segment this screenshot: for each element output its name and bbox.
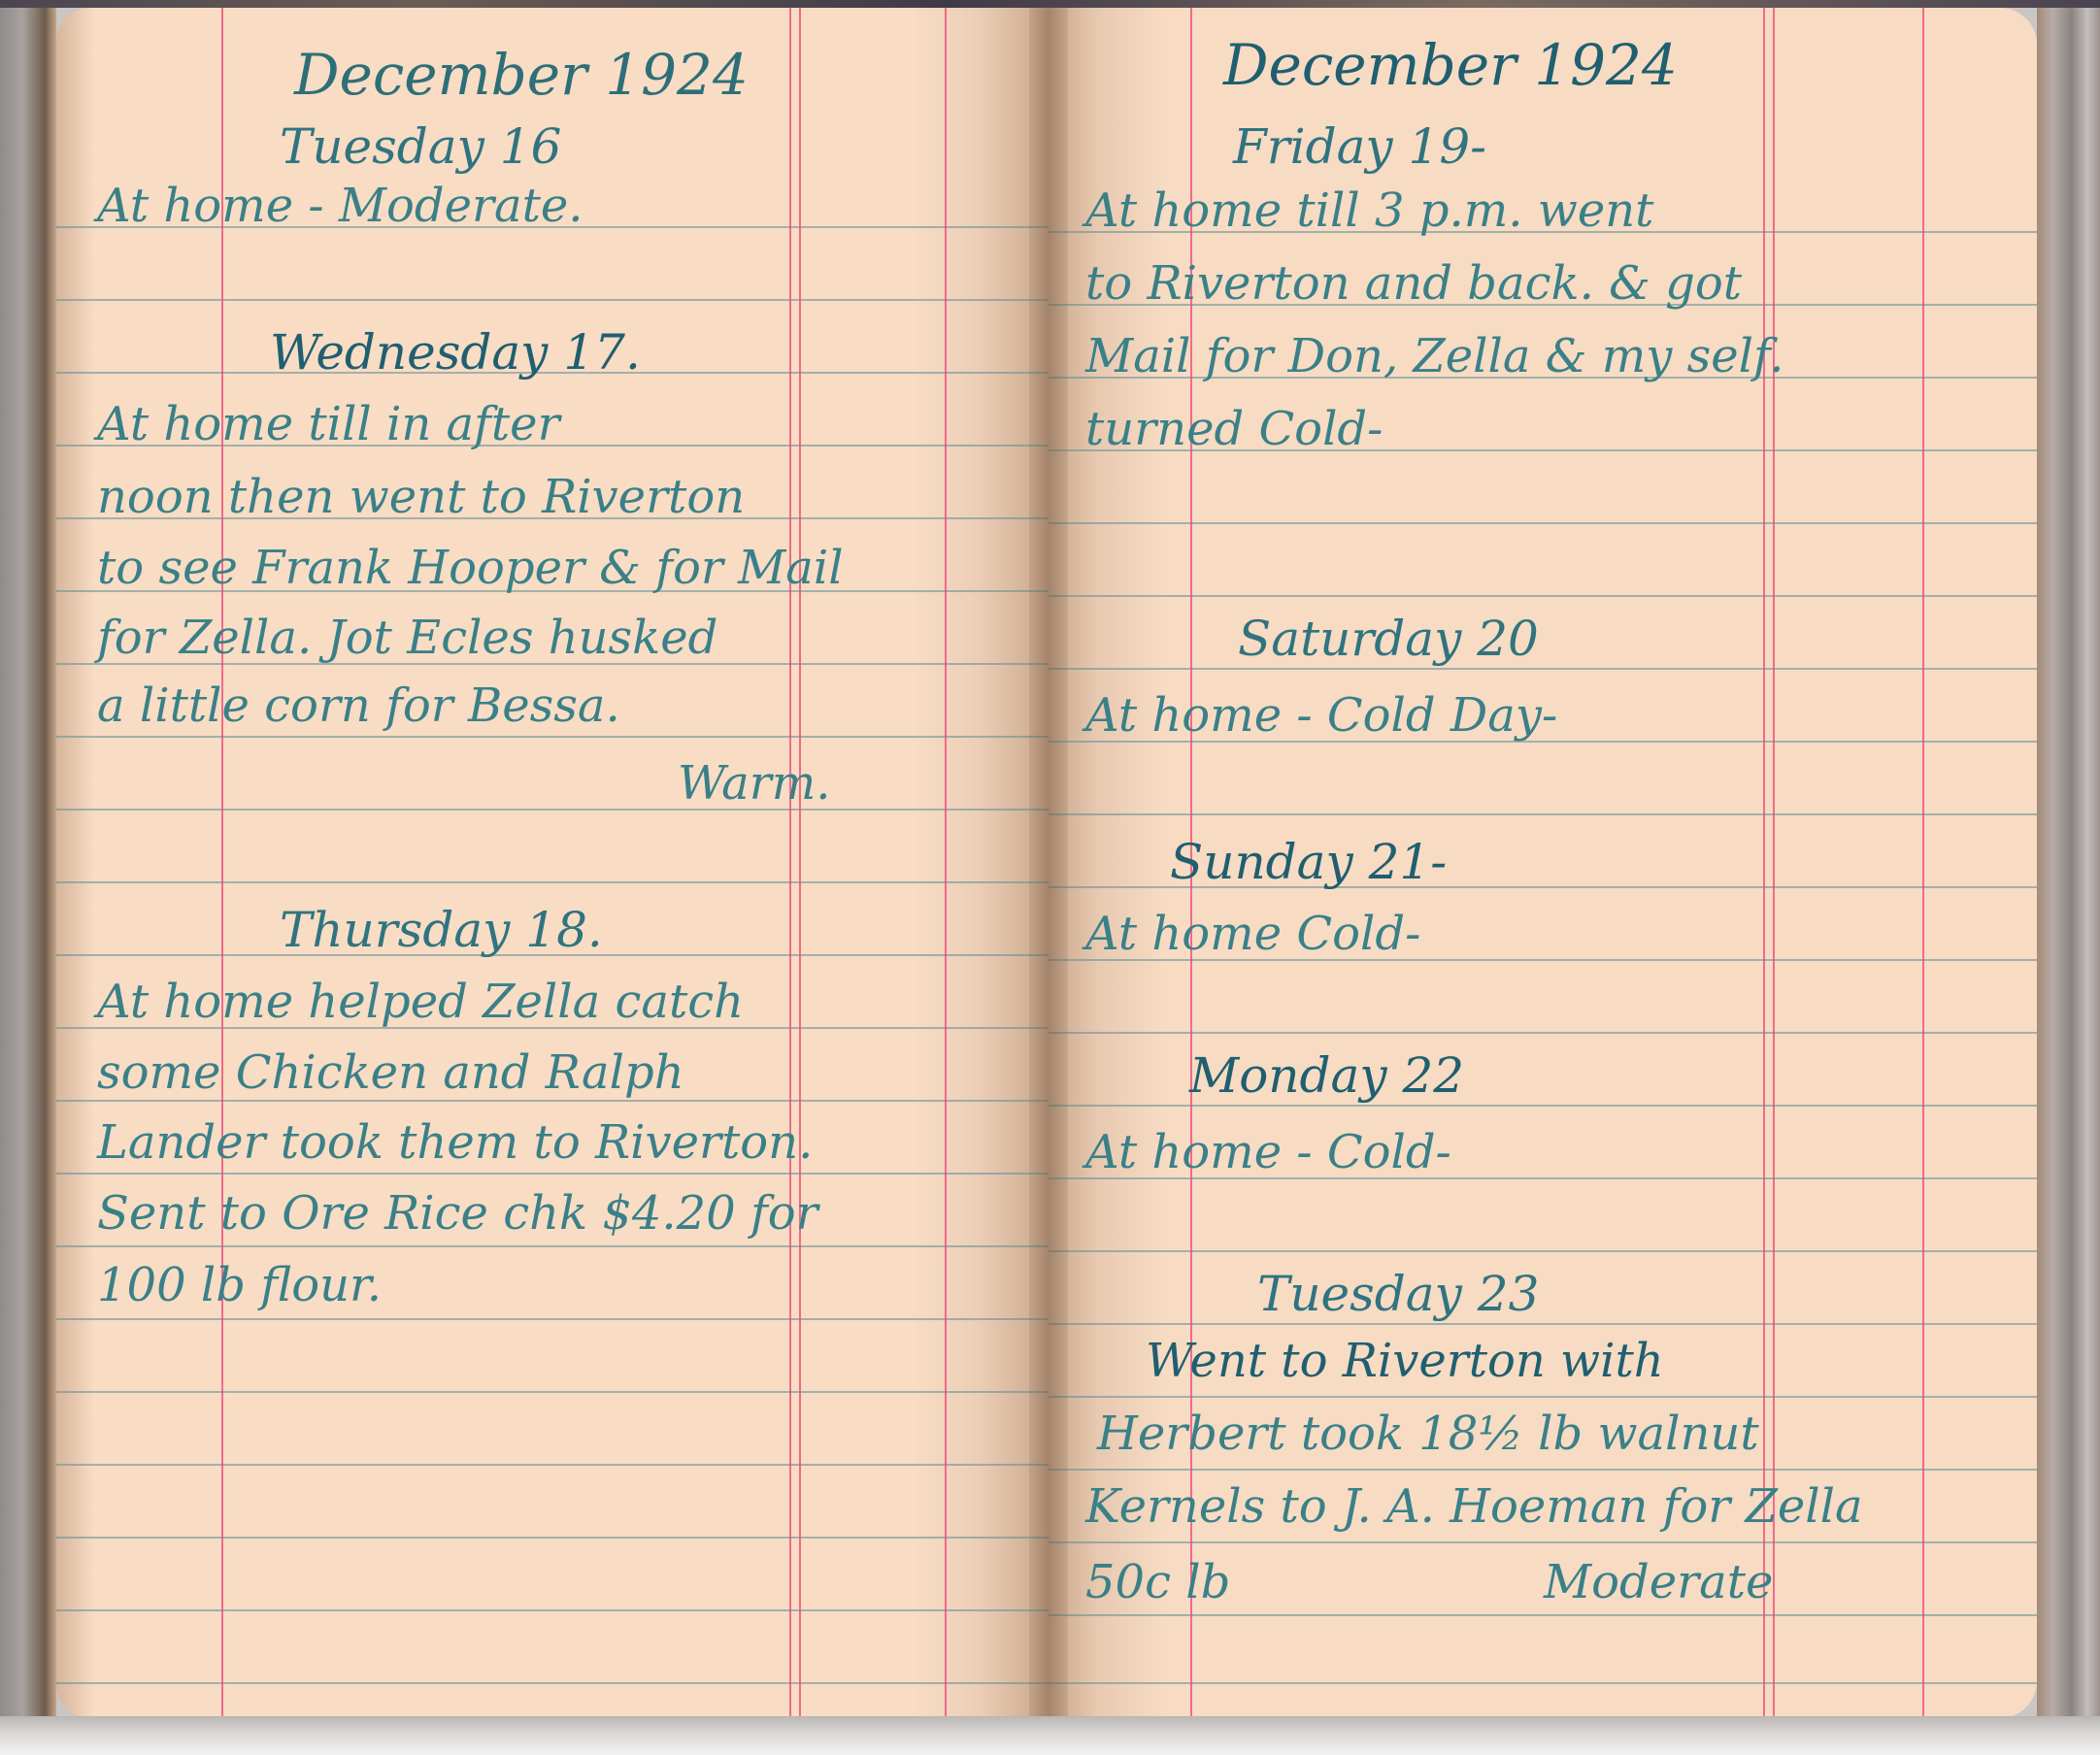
entry-day: Wednesday 17. [270,328,641,377]
entry-day: Thursday 18. [280,906,603,954]
column-line [789,8,791,1718]
entry-line: to see Frank Hooper & for Mail [97,545,844,591]
ruled-line [56,736,1049,738]
entry-weather: Warm. [678,760,831,807]
ruled-line [56,1391,1049,1393]
entry-day: Friday 19- [1233,122,1486,171]
entry-line: 50c lb [1085,1559,1230,1606]
ruled-line [1049,1541,2037,1543]
ruled-line [56,1537,1049,1539]
entry-line: noon then went to Riverton [97,474,745,520]
book-bottom-edge [0,1716,2100,1755]
ruled-line [56,1682,1049,1684]
ruled-line [1049,1614,2037,1616]
ruled-line [1049,1469,2037,1471]
ruled-line [56,1173,1049,1175]
book-cover-left-edge [0,8,56,1718]
page-header: December 1924 [294,47,749,103]
entry-line: Kernels to J. A. Hoeman for Zella [1085,1483,1863,1530]
ruled-line [1049,668,2037,670]
entry-day: Tuesday 23 [1257,1270,1539,1318]
ruled-line [1049,522,2037,524]
column-line [1922,8,1924,1718]
book-top-edge [0,0,2100,8]
ruled-line [1049,1032,2037,1034]
entry-day: Sunday 21- [1170,838,1447,886]
ruled-line [56,809,1049,811]
entry-day: Tuesday 16 [280,122,561,171]
entry-line: a little corn for Bessa. [97,682,620,729]
entry-line: to Riverton and back. & got [1085,260,1742,307]
entry-line: some Chicken and Ralph [97,1049,684,1096]
ruled-line [1049,1682,2037,1684]
entry-line: At home till 3 p.m. went [1085,187,1653,234]
entry-line: for Zella. Jot Ecles husked [97,614,717,661]
column-line [799,8,801,1718]
entry-line: At home till in after [97,401,560,447]
entry-line: Went to Riverton with [1146,1338,1664,1384]
ruled-line [1049,1105,2037,1107]
entry-line: Mail for Don, Zella & my self. [1085,333,1783,380]
entry-day: Monday 22 [1189,1051,1464,1100]
ruled-line [1049,595,2037,597]
book-gutter [1029,8,1068,1718]
ruled-line [1049,813,2037,815]
column-line [1763,8,1765,1718]
page-header: December 1924 [1223,37,1678,93]
entry-weather: Moderate [1544,1559,1773,1606]
right-page: December 1924 Friday 19- At home till 3 … [1049,8,2037,1718]
entry-line: At home - Moderate. [97,182,583,229]
ruled-line [56,1100,1049,1102]
entry-line: Sent to Ore Rice chk $4.20 for [97,1190,818,1237]
entry-line: At home - Cold- [1085,1129,1451,1176]
ruled-line [56,299,1049,301]
entry-day: Saturday 20 [1238,614,1539,663]
book-page-edges-right [2037,8,2100,1718]
entry-line: Lander took them to Riverton. [97,1119,813,1166]
entry-line: 100 lb flour. [97,1262,382,1308]
ruled-line [1049,1396,2037,1398]
column-line [945,8,947,1718]
entry-line: At home Cold- [1085,911,1420,957]
ruled-line [56,1245,1049,1247]
entry-line: Herbert took 18½ lb walnut [1097,1410,1759,1457]
column-line [1773,8,1775,1718]
entry-line: At home - Cold Day- [1085,692,1557,739]
ruled-line [56,1318,1049,1320]
ruled-line [56,881,1049,883]
ruled-line [1049,1323,2037,1325]
ruled-line [56,1609,1049,1611]
entry-line: turned Cold- [1085,406,1383,452]
margin-line [221,8,223,1718]
ruled-line [1049,1250,2037,1252]
left-page: December 1924 Tuesday 16 At home - Moder… [56,8,1049,1718]
ruled-line [56,1464,1049,1466]
entry-line: At home helped Zella catch [97,978,744,1025]
